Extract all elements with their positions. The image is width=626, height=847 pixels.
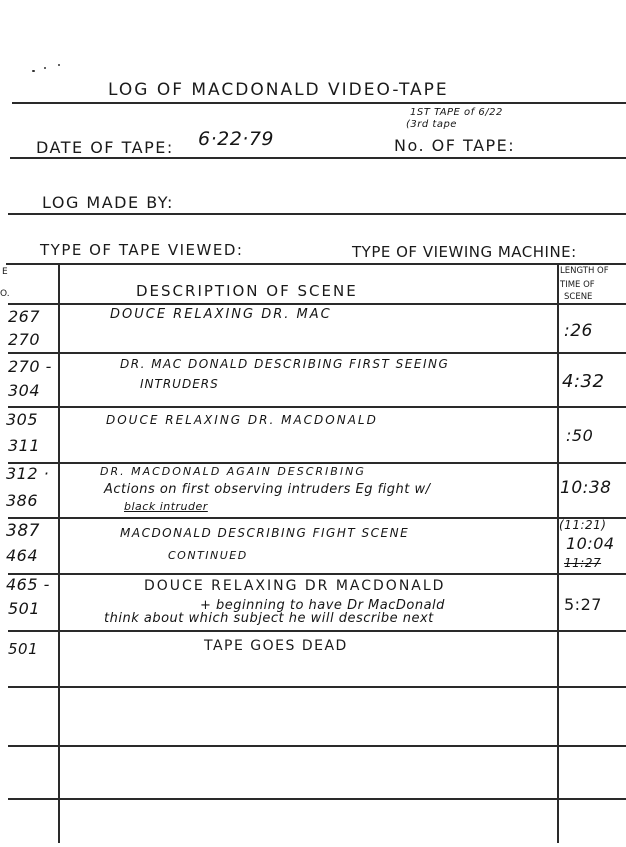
row-rule — [8, 406, 626, 408]
row-rule — [8, 745, 626, 747]
row-rule — [8, 798, 626, 800]
description-line1: DOUCE RELAXING DR MACDONALD — [144, 578, 445, 594]
row-rule — [8, 352, 626, 354]
counter-start: 312 · — [6, 464, 49, 483]
counter-end: 311 — [8, 436, 40, 455]
description-line3: think about which subject he will descri… — [104, 611, 434, 626]
description-line1: DOUCE RELAXING DR. MACDONALD — [106, 413, 378, 427]
row-rule — [8, 462, 626, 464]
header-length-line1: LENGTH OF — [560, 266, 609, 276]
row-rule — [8, 303, 626, 305]
counter-end: 270 — [8, 330, 40, 349]
scene-length-struck: 11:27 — [564, 556, 601, 570]
counter-end: 304 — [8, 381, 40, 400]
description-line2: Actions on first observing intruders Eg … — [104, 482, 431, 497]
description-line3: black intruder — [124, 500, 208, 513]
description-line1: DOUCE RELAXING DR. MAC — [110, 307, 332, 322]
description-line1: MACDONALD DESCRIBING FIGHT SCENE — [120, 526, 409, 540]
description-line1: DR. MAC DONALD DESCRIBING FIRST SEEING — [120, 357, 449, 371]
scene-length: 5:27 — [564, 595, 602, 614]
row-rule — [8, 573, 626, 575]
counter-start: 501 — [8, 640, 38, 658]
row-rule — [8, 630, 626, 632]
counter-start: 305 — [6, 410, 38, 429]
row-rule — [8, 517, 626, 519]
description-line2: INTRUDERS — [140, 377, 219, 391]
counter-start: 270 - — [8, 357, 52, 376]
scene-length: :26 — [564, 321, 593, 341]
table-top-rule — [6, 263, 626, 265]
column-divider-counter — [58, 263, 60, 843]
header-tape-no-line2: O. — [0, 289, 10, 299]
scene-length: :50 — [566, 426, 593, 445]
counter-start: 267 — [8, 307, 40, 326]
counter-end: 464 — [6, 546, 38, 565]
description-line1: DR. MACDONALD AGAIN DESCRIBING — [100, 465, 366, 478]
counter-end: 386 — [6, 491, 38, 510]
scene-log-table: E O. DESCRIPTION OF SCENE LENGTH OF TIME… — [0, 0, 626, 847]
counter-start: 387 — [6, 521, 40, 541]
counter-end: 501 — [8, 599, 40, 618]
header-length-line3: SCENE — [564, 292, 592, 302]
column-divider-length — [557, 263, 559, 843]
header-tape-no-line1: E — [2, 267, 8, 277]
scene-length: 4:32 — [562, 371, 604, 392]
description-line1: TAPE GOES DEAD — [204, 638, 348, 654]
scene-length: 10:04 — [566, 534, 615, 553]
header-length-line2: TIME OF — [560, 280, 595, 290]
header-description: DESCRIPTION OF SCENE — [136, 282, 358, 300]
row-rule — [8, 686, 626, 688]
description-line2: CONTINUED — [168, 549, 248, 562]
counter-start: 465 - — [6, 575, 50, 594]
scene-length: 10:38 — [560, 478, 612, 498]
scene-length-alt: (11:21) — [559, 518, 606, 532]
